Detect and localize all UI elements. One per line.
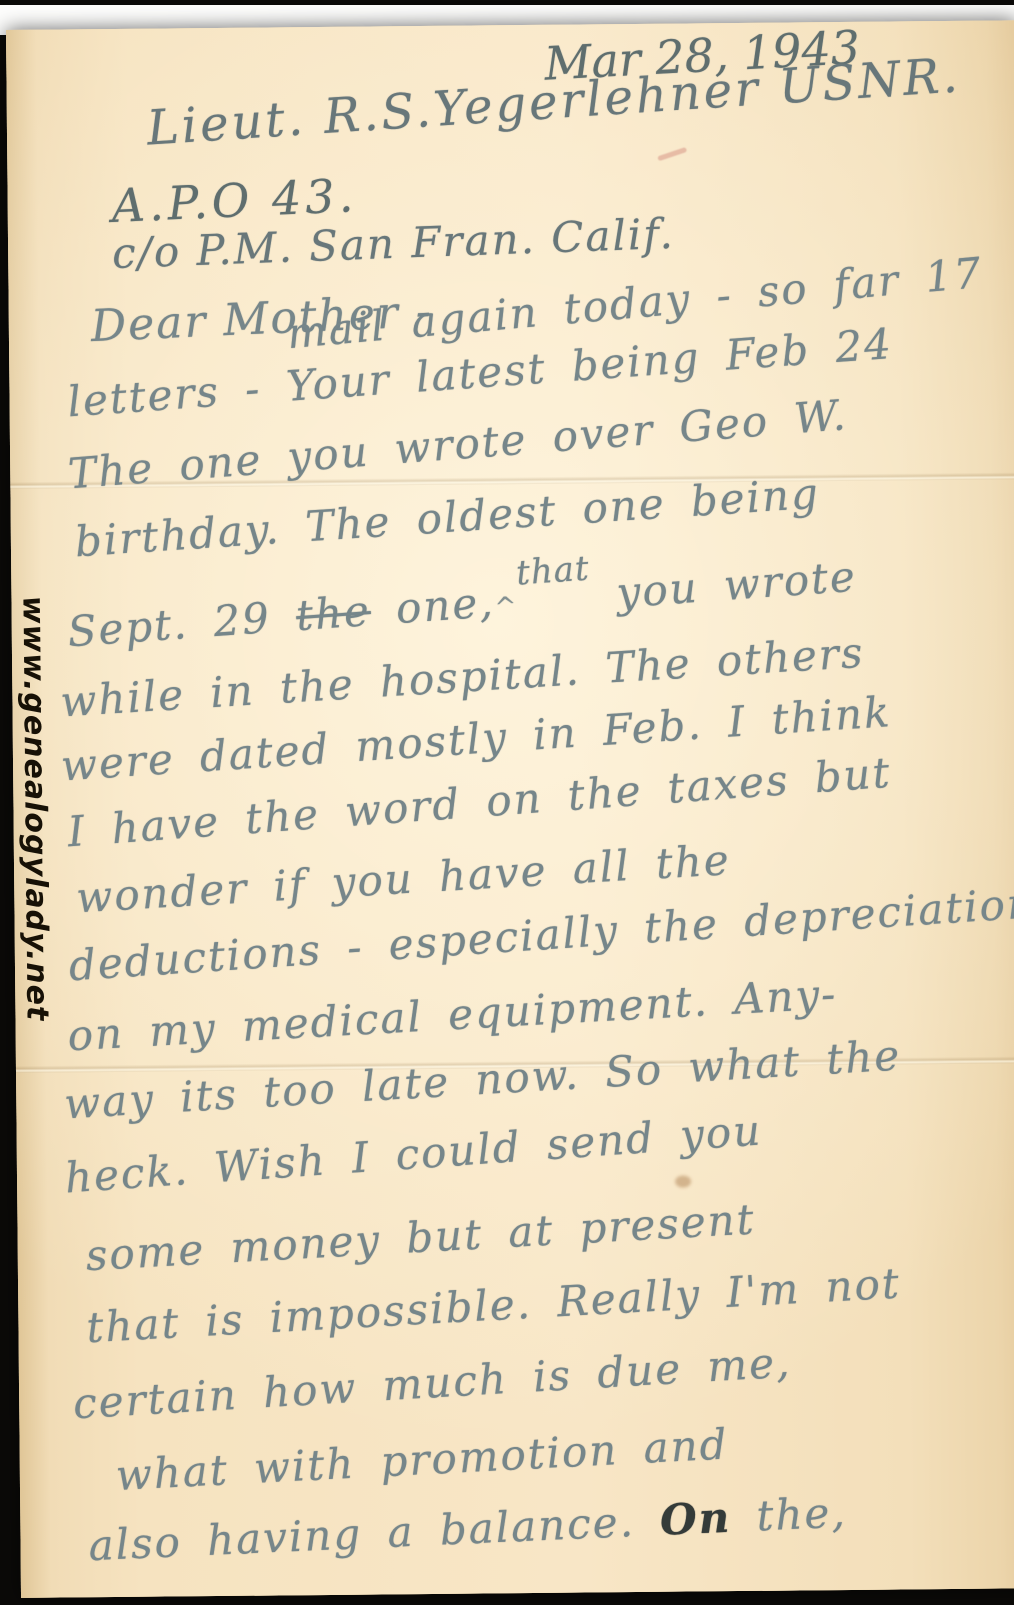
line-text: you wrote — [590, 552, 859, 620]
line-text: one, — [369, 577, 496, 635]
line-text: also having a balance. — [87, 1496, 661, 1570]
letter-line: what with promotion and — [115, 1419, 730, 1499]
paper-stain — [675, 1175, 691, 1187]
struck-out-word: the — [294, 586, 372, 640]
letter-line: also having a balance. On the, — [87, 1488, 847, 1571]
line-text: the, — [730, 1488, 848, 1542]
letter-line: certain how much is due me, — [72, 1337, 793, 1428]
watermark-text: www.genealogylady.net — [15, 596, 54, 1056]
insertion-caret: ^ — [494, 592, 520, 624]
inserted-word: that — [515, 548, 591, 593]
paper-scratch-mark — [657, 147, 687, 161]
letter-paper: www.genealogylady.net Mar 28, 1943 Lieut… — [6, 20, 1014, 1598]
letter-line: some money but at present — [84, 1194, 756, 1280]
line-text: Sept. 29 — [66, 591, 298, 656]
letter-scan: { "scan": { "description": "Handwritten … — [0, 0, 1014, 1605]
overwritten-word: On — [659, 1493, 732, 1545]
